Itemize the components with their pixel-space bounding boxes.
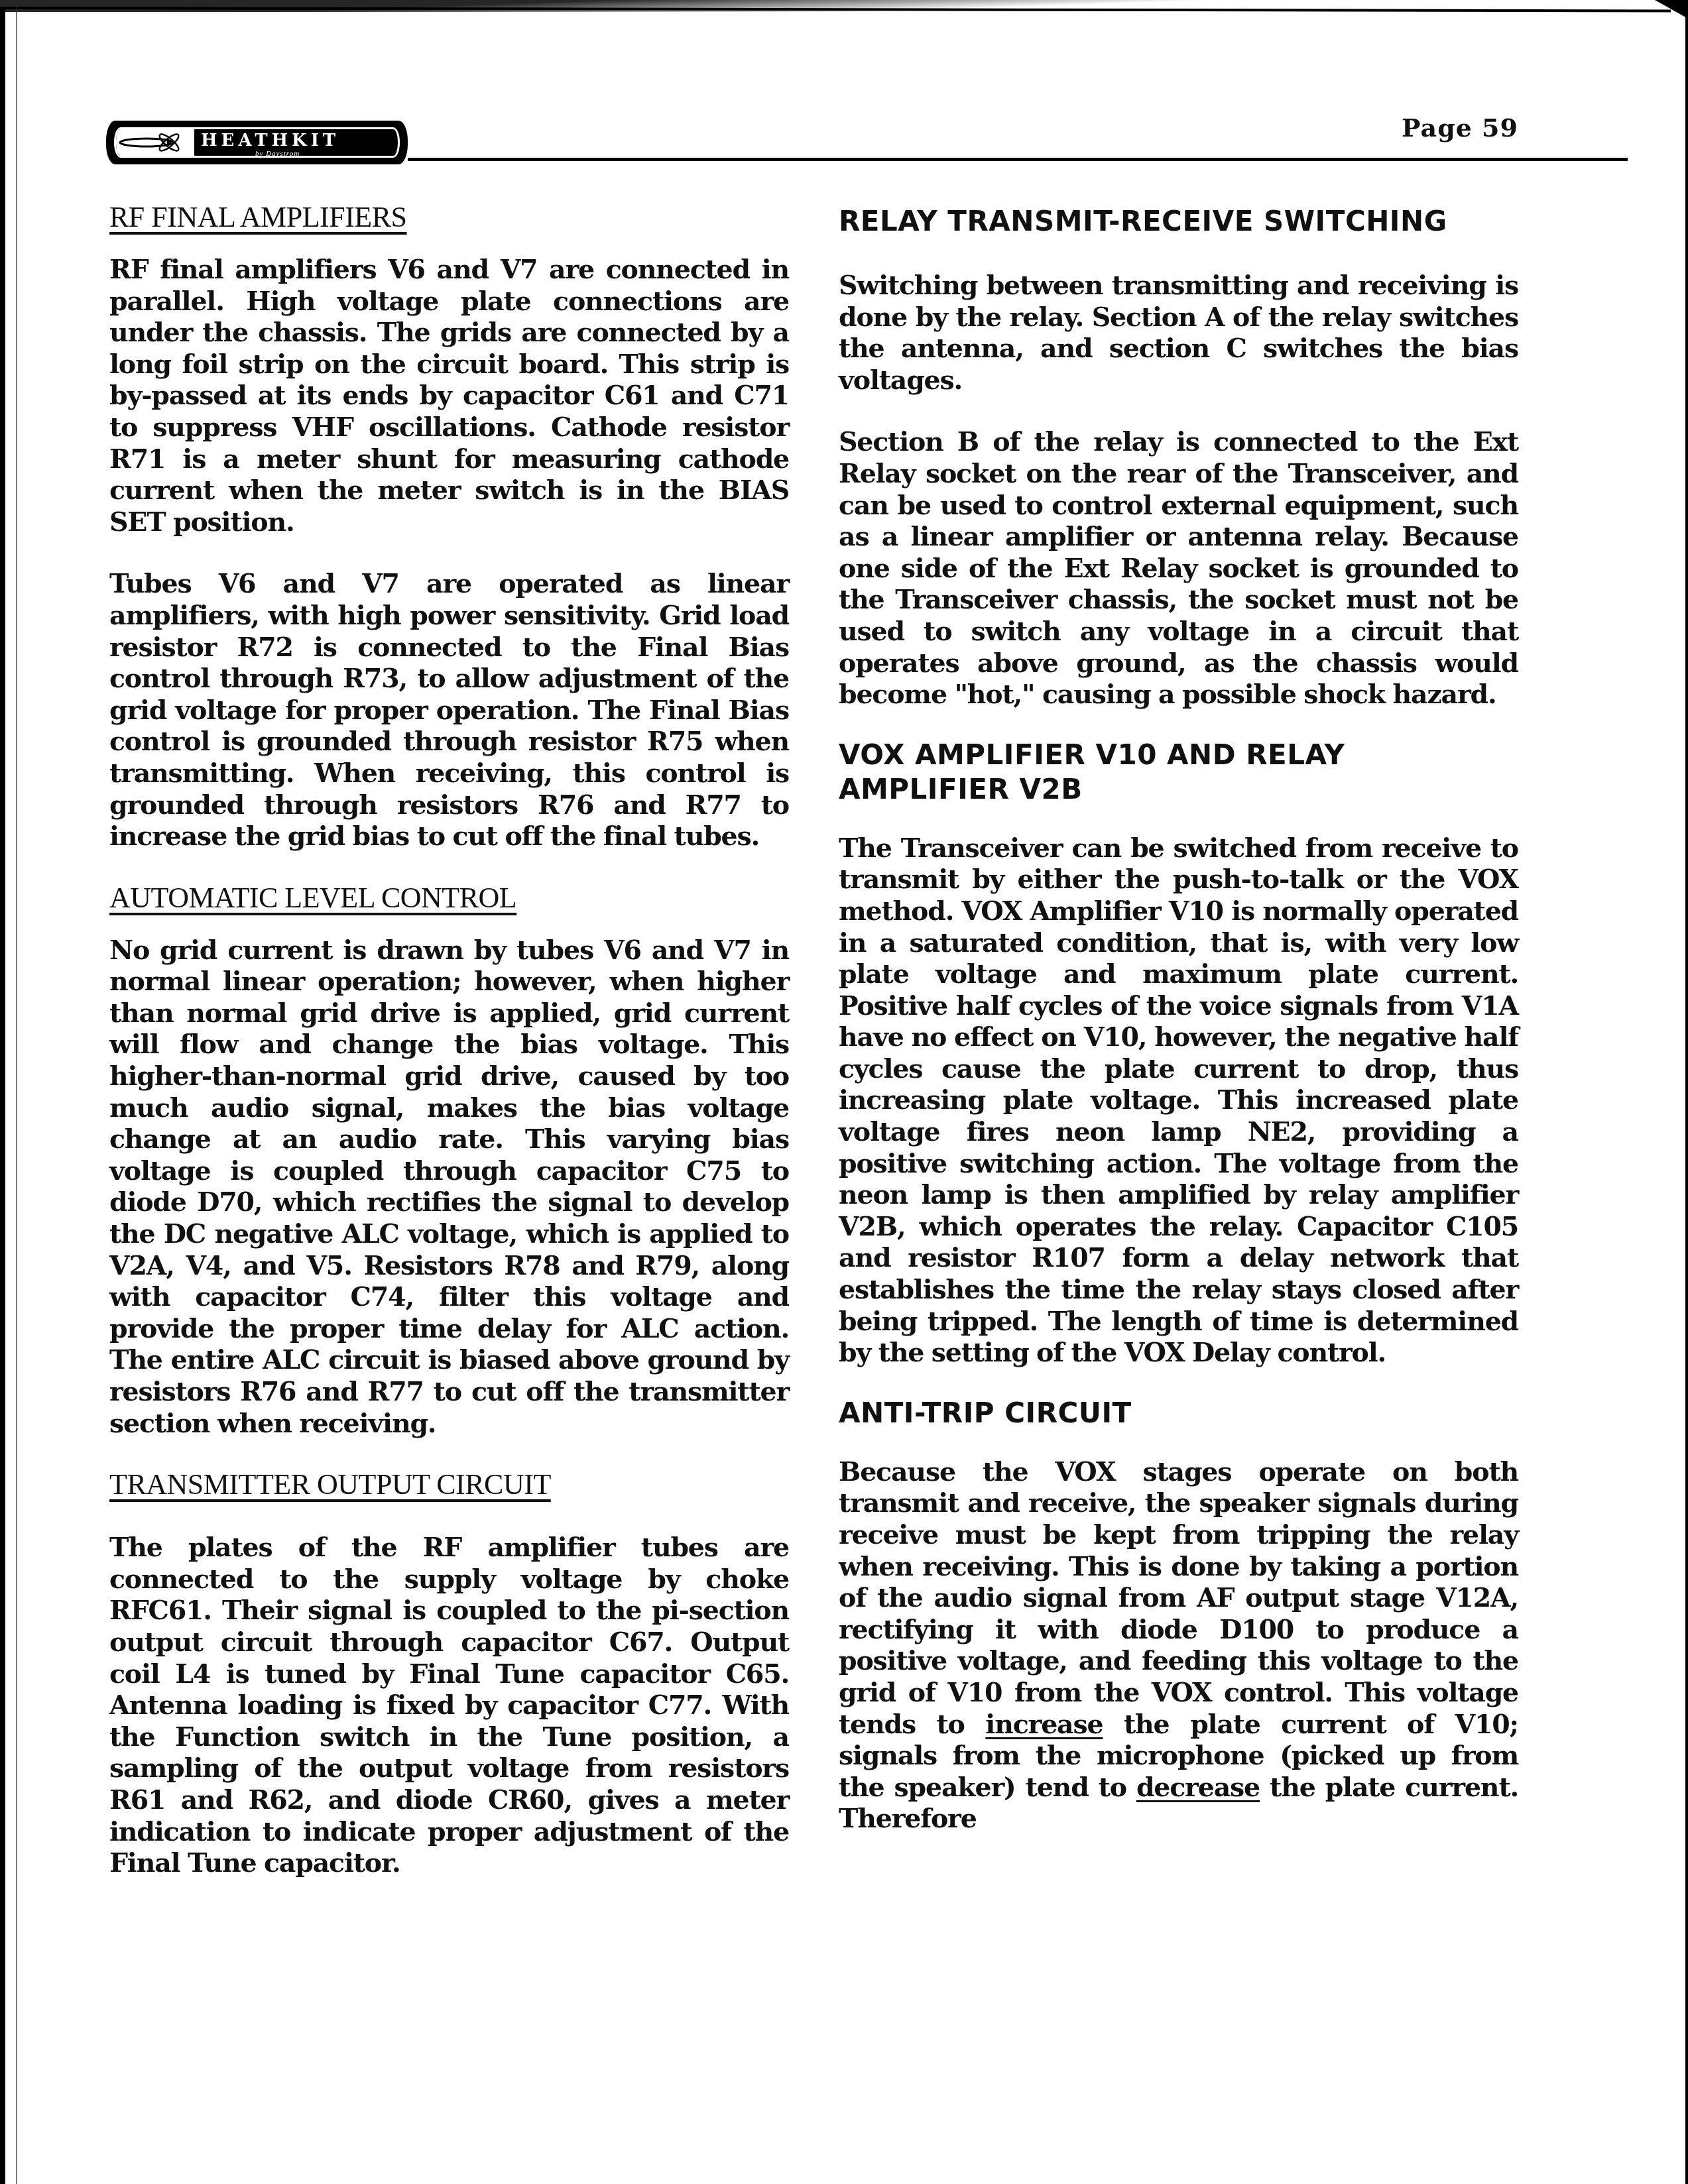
page-number: Page 59 [1402,113,1518,143]
section-heading: RELAY TRANSMIT-RECEIVE SWITCHING [839,204,1518,239]
paragraph: The Transceiver can be switched from rec… [839,833,1518,1369]
section-heading: VOX AMPLIFIER V10 AND RELAY AMPLIFIER V2… [839,738,1518,807]
heathkit-logo: HEATHKIT by Daystrom [106,121,408,164]
section-heading: TRANSMITTER OUTPUT CIRCUIT [109,1466,789,1503]
section-heading: RF FINAL AMPLIFIERS [109,199,789,236]
emphasis-increase: increase [985,1709,1103,1740]
page-header: HEATHKIT by Daystrom Page 59 [106,113,1518,166]
header-rule [408,158,1628,161]
section-automatic-level-control: AUTOMATIC LEVEL CONTROL No grid current … [109,880,789,1440]
emphasis-decrease: decrease [1136,1772,1260,1803]
section-vox-amplifier: VOX AMPLIFIER V10 AND RELAY AMPLIFIER V2… [839,738,1518,1369]
logo-brand-text: HEATHKIT [201,131,339,150]
section-transmitter-output-circuit: TRANSMITTER OUTPUT CIRCUIT The plates of… [109,1466,789,1880]
paragraph: Switching between transmitting and recei… [839,270,1518,396]
paragraph: Tubes V6 and V7 are operated as linear a… [109,569,789,852]
paragraph: RF final amplifiers V6 and V7 are connec… [109,255,789,538]
scan-left-edge [0,7,5,2184]
paragraph: Section B of the relay is connected to t… [839,427,1518,711]
section-anti-trip-circuit: ANTI-TRIP CIRCUIT Because the VOX stages… [839,1396,1518,1835]
paragraph: The plates of the RF amplifier tubes are… [109,1532,789,1880]
scan-right-edge [1685,0,1688,2184]
section-rf-final-amplifiers: RF FINAL AMPLIFIERS RF final amplifiers … [109,199,789,853]
logo-sub-text: by Daystrom [255,150,300,158]
paragraph: Because the VOX stages operate on both t… [839,1457,1518,1835]
atom-emblem-icon [116,129,194,156]
left-column: RF FINAL AMPLIFIERS RF final amplifiers … [109,199,789,1910]
section-heading: AUTOMATIC LEVEL CONTROL [109,880,789,917]
section-relay-transmit-receive-switching: RELAY TRANSMIT-RECEIVE SWITCHING Switchi… [839,204,1518,711]
scan-left-fold [16,7,17,2184]
paragraph: No grid current is drawn by tubes V6 and… [109,935,789,1440]
paragraph-text: Because the VOX stages operate on both t… [839,1457,1518,1740]
right-column: RELAY TRANSMIT-RECEIVE SWITCHING Switchi… [839,199,1518,1866]
section-heading: ANTI-TRIP CIRCUIT [839,1396,1518,1430]
